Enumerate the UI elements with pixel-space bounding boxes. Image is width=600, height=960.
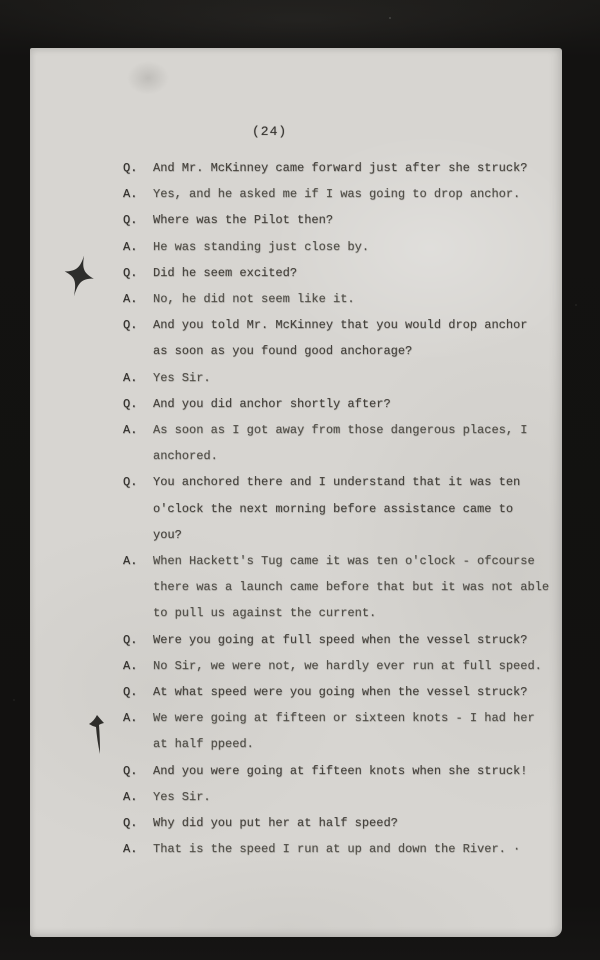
qa-line: Were you going at full speed when the ve…: [153, 627, 552, 653]
qa-speaker-label: A.: [123, 548, 153, 627]
qa-lines: That is the speed I run at up and down t…: [153, 836, 552, 862]
qa-speaker-label: A.: [123, 286, 153, 312]
qa-speaker-label: A.: [123, 417, 153, 469]
qa-line: No Sir, we were not, we hardly ever run …: [153, 653, 552, 679]
qa-line: You anchored there and I understand that…: [153, 469, 552, 495]
qa-speaker-label: Q.: [123, 391, 153, 417]
qa-speaker-label: Q.: [123, 627, 153, 653]
qa-lines: No, he did not seem like it.: [153, 286, 552, 312]
qa-entry: A. As soon as I got away from those dang…: [123, 417, 552, 469]
qa-entry: A. He was standing just close by.: [123, 234, 552, 260]
qa-speaker-label: Q.: [123, 155, 153, 181]
qa-speaker-label: A.: [123, 365, 153, 391]
qa-speaker-label: A.: [123, 181, 153, 207]
qa-speaker-label: A.: [123, 234, 153, 260]
qa-line: We were going at fifteen or sixteen knot…: [153, 705, 552, 731]
qa-lines: Why did you put her at half speed?: [153, 810, 552, 836]
down-dart-icon: [85, 714, 109, 760]
qa-line: Where was the Pilot then?: [153, 207, 552, 233]
qa-speaker-label: A.: [123, 653, 153, 679]
qa-lines: At what speed were you going when the ve…: [153, 679, 552, 705]
qa-lines: Yes Sir.: [153, 784, 552, 810]
qa-lines: Were you going at full speed when the ve…: [153, 627, 552, 653]
qa-line: to pull us against the current.: [153, 600, 552, 626]
qa-speaker-label: A.: [123, 705, 153, 757]
qa-line: No, he did not seem like it.: [153, 286, 552, 312]
qa-line: there was a launch came before that but …: [153, 574, 552, 600]
qa-line: And you were going at fifteen knots when…: [153, 758, 552, 784]
qa-line: He was standing just close by.: [153, 234, 552, 260]
qa-lines: He was standing just close by.: [153, 234, 552, 260]
scan-background: { "colors": { "background": "#141312", "…: [0, 0, 600, 960]
qa-lines: When Hackett's Tug came it was ten o'clo…: [153, 548, 552, 627]
qa-line: Yes Sir.: [153, 365, 552, 391]
qa-line: At what speed were you going when the ve…: [153, 679, 552, 705]
qa-entry: Q. Were you going at full speed when the…: [123, 627, 552, 653]
qa-speaker-label: A.: [123, 784, 153, 810]
qa-entry: Q. And you did anchor shortly after?: [123, 391, 552, 417]
qa-entry: A. Yes Sir.: [123, 365, 552, 391]
qa-speaker-label: Q.: [123, 469, 153, 548]
qa-line: anchored.: [153, 443, 552, 469]
qa-line: That is the speed I run at up and down t…: [153, 836, 552, 862]
qa-line: you?: [153, 522, 552, 548]
qa-list: Q. And Mr. McKinney came forward just af…: [123, 155, 552, 862]
qa-line: As soon as I got away from those dangero…: [153, 417, 552, 443]
qa-line: And you did anchor shortly after?: [153, 391, 552, 417]
qa-entry: Q. You anchored there and I understand t…: [123, 469, 552, 548]
qa-lines: Did he seem excited?: [153, 260, 552, 286]
qa-lines: We were going at fifteen or sixteen knot…: [153, 705, 552, 757]
qa-line: at half ppeed.: [153, 731, 552, 757]
qa-entry: A. No, he did not seem like it.: [123, 286, 552, 312]
qa-entry: A. When Hackett's Tug came it was ten o'…: [123, 548, 552, 627]
qa-lines: And Mr. McKinney came forward just after…: [153, 155, 552, 181]
qa-lines: And you were going at fifteen knots when…: [153, 758, 552, 784]
qa-lines: No Sir, we were not, we hardly ever run …: [153, 653, 552, 679]
qa-entry: Q. Where was the Pilot then?: [123, 207, 552, 233]
qa-entry: Q. And Mr. McKinney came forward just af…: [123, 155, 552, 181]
page-number: (24): [252, 124, 287, 139]
qa-entry: Q. At what speed were you going when the…: [123, 679, 552, 705]
qa-line: And you told Mr. McKinney that you would…: [153, 312, 552, 338]
qa-entry: A. We were going at fifteen or sixteen k…: [123, 705, 552, 757]
qa-entry: A. Yes, and he asked me if I was going t…: [123, 181, 552, 207]
qa-lines: As soon as I got away from those dangero…: [153, 417, 552, 469]
qa-speaker-label: Q.: [123, 207, 153, 233]
qa-lines: And you told Mr. McKinney that you would…: [153, 312, 552, 364]
four-point-star-icon: [63, 254, 95, 298]
qa-entry: Q. And you told Mr. McKinney that you wo…: [123, 312, 552, 364]
qa-line: as soon as you found good anchorage?: [153, 338, 552, 364]
qa-lines: Yes Sir.: [153, 365, 552, 391]
qa-speaker-label: Q.: [123, 260, 153, 286]
qa-speaker-label: Q.: [123, 758, 153, 784]
qa-line: o'clock the next morning before assistan…: [153, 496, 552, 522]
qa-line: Did he seem excited?: [153, 260, 552, 286]
qa-entry: Q. Did he seem excited?: [123, 260, 552, 286]
scanned-page: (24) Q. And Mr. McKinney came forward ju…: [30, 48, 562, 937]
qa-lines: Where was the Pilot then?: [153, 207, 552, 233]
qa-speaker-label: Q.: [123, 679, 153, 705]
qa-entry: Q. Why did you put her at half speed?: [123, 810, 552, 836]
qa-entry: Q. And you were going at fifteen knots w…: [123, 758, 552, 784]
qa-lines: Yes, and he asked me if I was going to d…: [153, 181, 552, 207]
qa-lines: And you did anchor shortly after?: [153, 391, 552, 417]
qa-speaker-label: Q.: [123, 312, 153, 364]
qa-line: Yes Sir.: [153, 784, 552, 810]
qa-line: When Hackett's Tug came it was ten o'clo…: [153, 548, 552, 574]
qa-entry: A. No Sir, we were not, we hardly ever r…: [123, 653, 552, 679]
qa-entry: A. That is the speed I run at up and dow…: [123, 836, 552, 862]
qa-speaker-label: Q.: [123, 810, 153, 836]
qa-line: Yes, and he asked me if I was going to d…: [153, 181, 552, 207]
qa-lines: You anchored there and I understand that…: [153, 469, 552, 548]
qa-entry: A. Yes Sir.: [123, 784, 552, 810]
qa-line: And Mr. McKinney came forward just after…: [153, 155, 552, 181]
qa-speaker-label: A.: [123, 836, 153, 862]
qa-line: Why did you put her at half speed?: [153, 810, 552, 836]
